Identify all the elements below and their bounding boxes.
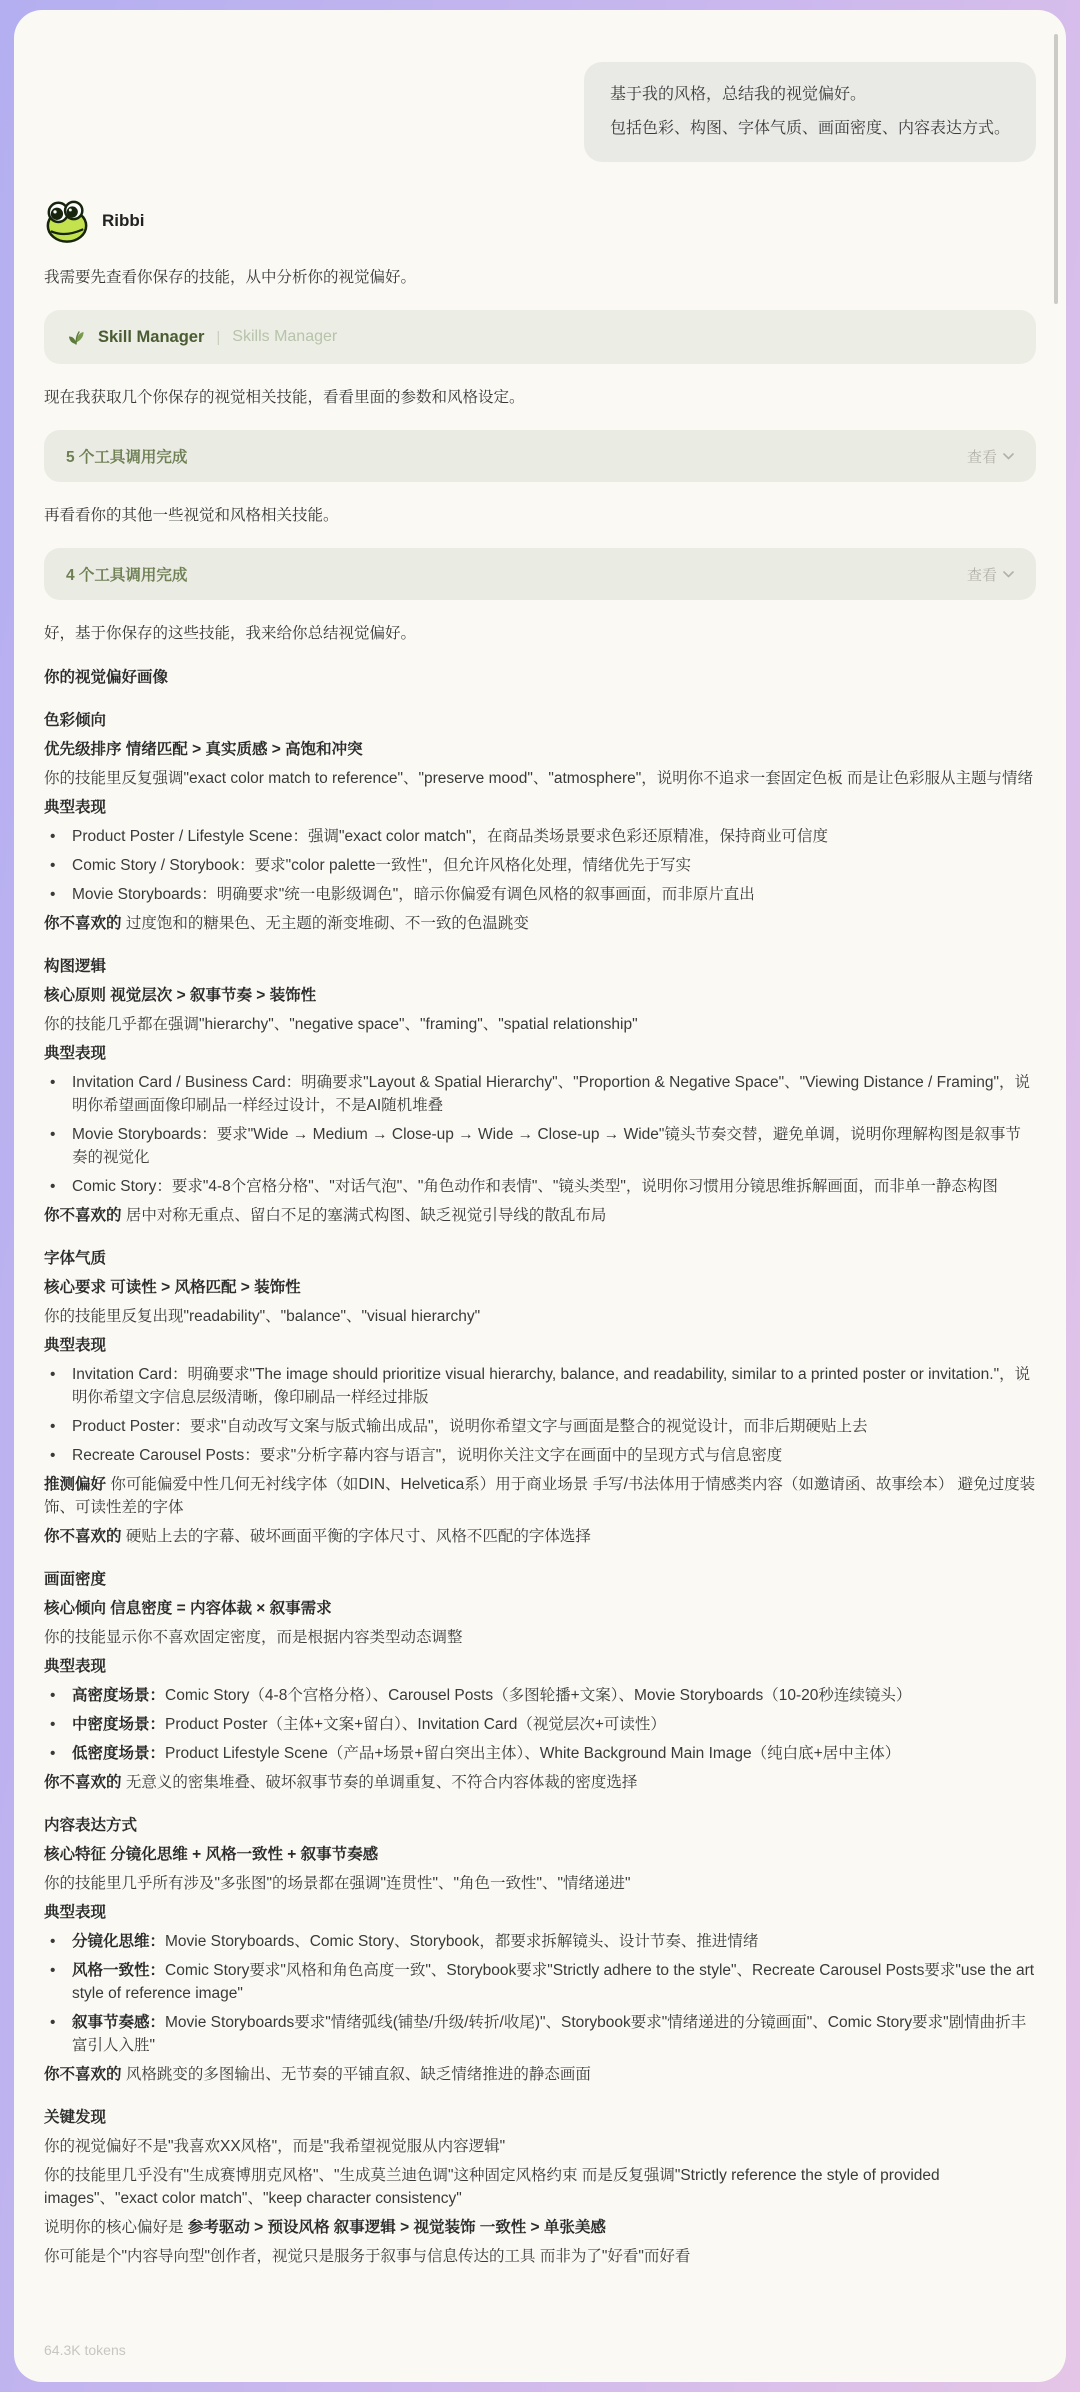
bullet-item: •Comic Story：要求"4-8个宫格分格"、"对话气泡"、"角色动作和表… [44, 1175, 1036, 1198]
block-text: 低密度场景：Product Lifestyle Scene（产品+场景+留白突出… [72, 1742, 1036, 1765]
paragraph: 典型表现 [44, 1334, 1036, 1357]
block-text: 你不喜欢的 居中对称无重点、留白不足的塞满式构图、缺乏视觉引导线的散乱布局 [44, 1207, 606, 1224]
bullet-icon: • [50, 1742, 62, 1765]
block-text: 你不喜欢的 无意义的密集堆叠、破坏叙事节奏的单调重复、不符合内容体裁的密度选择 [44, 1774, 637, 1791]
block-text: 你不喜欢的 硬贴上去的字幕、破坏画面平衡的字体尺寸、风格不匹配的字体选择 [44, 1528, 591, 1545]
bullet-icon: • [50, 883, 62, 906]
section-heading: 内容表达方式 [44, 1814, 1036, 1837]
user-message-bubble: 基于我的风格，总结我的视觉偏好。 包括色彩、构图、字体气质、画面密度、内容表达方… [584, 62, 1036, 162]
bullet-item: •分镜化思维：Movie Storyboards、Comic Story、Sto… [44, 1930, 1036, 1953]
block-text: Invitation Card：明确要求"The image should pr… [72, 1363, 1036, 1409]
block-text: Comic Story / Storybook：要求"color palette… [72, 854, 1036, 877]
assistant-name: Ribbi [102, 211, 145, 231]
block-text: Product Poster：要求"自动改写文案与版式输出成品"，说明你希望文字… [72, 1415, 1036, 1438]
bullet-item: •Movie Storyboards：明确要求"统一电影级调色"，暗示你偏爱有调… [44, 883, 1036, 906]
block-text: Movie Storyboards：明确要求"统一电影级调色"，暗示你偏爱有调色… [72, 883, 1036, 906]
block-text: 核心倾向 信息密度 = 内容体裁 × 叙事需求 [44, 1600, 332, 1617]
block-text: 说明你的核心偏好是 参考驱动 > 预设风格 叙事逻辑 > 视觉装饰 一致性 > … [44, 2219, 606, 2236]
paragraph: 你不喜欢的 硬贴上去的字幕、破坏画面平衡的字体尺寸、风格不匹配的字体选择 [44, 1525, 1036, 1548]
chevron-down-icon [1003, 571, 1014, 578]
paragraph: 你的技能里几乎所有涉及"多张图"的场景都在强调"连贯性"、"角色一致性"、"情绪… [44, 1872, 1036, 1895]
block-text: 你不喜欢的 风格跳变的多图输出、无节奏的平铺直叙、缺乏情绪推进的静态画面 [44, 2066, 591, 2083]
paragraph: 典型表现 [44, 1901, 1036, 1924]
assistant-header: Ribbi [44, 198, 1036, 244]
bullet-icon: • [50, 1123, 62, 1169]
user-message-row: 基于我的风格，总结我的视觉偏好。 包括色彩、构图、字体气质、画面密度、内容表达方… [44, 62, 1036, 162]
section-heading: 色彩倾向 [44, 709, 1036, 732]
skill-card-divider: | [216, 329, 220, 346]
paragraph: 核心倾向 信息密度 = 内容体裁 × 叙事需求 [44, 1597, 1036, 1620]
tool-call-summary-2[interactable]: 4 个工具调用完成 查看 [44, 548, 1036, 600]
bullet-item: •Invitation Card / Business Card：明确要求"La… [44, 1071, 1036, 1117]
paragraph: 你的技能显示你不喜欢固定密度，而是根据内容类型动态调整 [44, 1626, 1036, 1649]
block-text: 典型表现 [44, 1337, 106, 1354]
assistant-paragraph: 再看看你的其他一些视觉和风格相关技能。 [44, 504, 1036, 528]
paragraph: 你的技能几乎都在强调"hierarchy"、"negative space"、"… [44, 1013, 1036, 1036]
bullet-item: •Movie Storyboards：要求"Wide → Medium → Cl… [44, 1123, 1036, 1169]
bullet-item: •高密度场景：Comic Story（4-8个宫格分格）、Carousel Po… [44, 1684, 1036, 1707]
block-text: 你的视觉偏好画像 [44, 669, 168, 686]
scrollbar-thumb[interactable] [1054, 34, 1058, 304]
skill-card-title: Skill Manager [98, 328, 204, 347]
paragraph: 推测偏好 你可能偏爱中性几何无衬线字体（如DIN、Helvetica系）用于商业… [44, 1473, 1036, 1519]
user-message-line-2: 包括色彩、构图、字体气质、画面密度、内容表达方式。 [610, 112, 1010, 146]
block-text: 高密度场景：Comic Story（4-8个宫格分格）、Carousel Pos… [72, 1684, 1036, 1707]
block-text: 关键发现 [44, 2109, 106, 2126]
block-text: 风格一致性：Comic Story要求"风格和角色高度一致"、Storybook… [72, 1959, 1036, 2005]
chevron-down-icon [1003, 453, 1014, 460]
bullet-icon: • [50, 1444, 62, 1467]
bullet-icon: • [50, 1959, 62, 2005]
block-text: 你的技能里反复强调"exact color match to reference… [44, 770, 1033, 787]
block-text: Invitation Card / Business Card：明确要求"Lay… [72, 1071, 1036, 1117]
bullet-icon: • [50, 1363, 62, 1409]
paragraph: 典型表现 [44, 1655, 1036, 1678]
skill-manager-card[interactable]: Skill Manager | Skills Manager [44, 310, 1036, 364]
block-text: Comic Story：要求"4-8个宫格分格"、"对话气泡"、"角色动作和表情… [72, 1175, 1036, 1198]
bullet-icon: • [50, 1175, 62, 1198]
paragraph: 你的技能里几乎没有"生成赛博朋克风格"、"生成莫兰迪色调"这种固定风格约束 而是… [44, 2164, 1036, 2210]
paragraph: 你不喜欢的 居中对称无重点、留白不足的塞满式构图、缺乏视觉引导线的散乱布局 [44, 1204, 1036, 1227]
paragraph: 说明你的核心偏好是 参考驱动 > 预设风格 叙事逻辑 > 视觉装饰 一致性 > … [44, 2216, 1036, 2239]
view-tool-calls-button[interactable]: 查看 [967, 446, 1014, 467]
ribbi-frog-avatar-icon [44, 198, 90, 244]
block-text: 推测偏好 你可能偏爱中性几何无衬线字体（如DIN、Helvetica系）用于商业… [44, 1476, 1035, 1516]
section-heading: 字体气质 [44, 1247, 1036, 1270]
block-text: 色彩倾向 [44, 712, 106, 729]
block-text: 中密度场景：Product Poster（主体+文案+留白）、Invitatio… [72, 1713, 1036, 1736]
section-heading: 你的视觉偏好画像 [44, 666, 1036, 689]
block-text: 内容表达方式 [44, 1817, 137, 1834]
chat-card: 基于我的风格，总结我的视觉偏好。 包括色彩、构图、字体气质、画面密度、内容表达方… [14, 10, 1066, 2382]
paragraph: 典型表现 [44, 1042, 1036, 1065]
bullet-item: •叙事节奏感：Movie Storyboards要求"情绪弧线(铺垫/升级/转折… [44, 2011, 1036, 2057]
block-text: 典型表现 [44, 799, 106, 816]
bullet-icon: • [50, 1415, 62, 1438]
block-text: 你的技能显示你不喜欢固定密度，而是根据内容类型动态调整 [44, 1629, 463, 1646]
bullet-icon: • [50, 1684, 62, 1707]
skill-sprout-icon [66, 327, 86, 347]
block-text: Product Poster / Lifestyle Scene：强调"exac… [72, 825, 1036, 848]
paragraph: 你可能是个"内容导向型"创作者，视觉只是服务于叙事与信息传达的工具 而非为了"好… [44, 2245, 1036, 2268]
bullet-item: •低密度场景：Product Lifestyle Scene（产品+场景+留白突… [44, 1742, 1036, 1765]
assistant-paragraph: 现在我获取几个你保存的视觉相关技能，看看里面的参数和风格设定。 [44, 386, 1036, 410]
block-text: 字体气质 [44, 1250, 106, 1267]
tool-call-summary-1[interactable]: 5 个工具调用完成 查看 [44, 430, 1036, 482]
bullet-icon: • [50, 1071, 62, 1117]
block-text: 构图逻辑 [44, 958, 106, 975]
paragraph: 你不喜欢的 无意义的密集堆叠、破坏叙事节奏的单调重复、不符合内容体裁的密度选择 [44, 1771, 1036, 1794]
bullet-item: •Recreate Carousel Posts：要求"分析字幕内容与语言"，说… [44, 1444, 1036, 1467]
section-heading: 构图逻辑 [44, 955, 1036, 978]
block-text: Movie Storyboards：要求"Wide → Medium → Clo… [72, 1123, 1036, 1169]
block-text: 典型表现 [44, 1904, 106, 1921]
bullet-icon: • [50, 854, 62, 877]
view-label: 查看 [967, 564, 997, 585]
token-count: 64.3K tokens [44, 2342, 126, 2358]
paragraph: 优先级排序 情绪匹配 > 真实质感 > 高饱和冲突 [44, 738, 1036, 761]
tool-call-count-label: 5 个工具调用完成 [66, 445, 187, 467]
block-text: 优先级排序 情绪匹配 > 真实质感 > 高饱和冲突 [44, 741, 363, 758]
bullet-icon: • [50, 2011, 62, 2057]
bullet-icon: • [50, 825, 62, 848]
section-heading: 关键发现 [44, 2106, 1036, 2129]
bullet-item: •Product Poster / Lifestyle Scene：强调"exa… [44, 825, 1036, 848]
message-blocks: 你的视觉偏好画像色彩倾向优先级排序 情绪匹配 > 真实质感 > 高饱和冲突你的技… [44, 666, 1036, 2268]
block-text: 核心原则 视觉层次 > 叙事节奏 > 装饰性 [44, 987, 316, 1004]
tool-call-count-label: 4 个工具调用完成 [66, 563, 187, 585]
block-text: 你的技能里几乎所有涉及"多张图"的场景都在强调"连贯性"、"角色一致性"、"情绪… [44, 1875, 631, 1892]
block-text: 你的视觉偏好不是"我喜欢XX风格"，而是"我希望视觉服从内容逻辑" [44, 2138, 505, 2155]
block-text: 你可能是个"内容导向型"创作者，视觉只是服务于叙事与信息传达的工具 而非为了"好… [44, 2248, 690, 2265]
paragraph: 核心原则 视觉层次 > 叙事节奏 > 装饰性 [44, 984, 1036, 1007]
skill-card-subtitle: Skills Manager [232, 328, 337, 346]
paragraph: 你的技能里反复出现"readability"、"balance"、"visual… [44, 1305, 1036, 1328]
bullet-item: •风格一致性：Comic Story要求"风格和角色高度一致"、Storyboo… [44, 1959, 1036, 2005]
assistant-paragraph: 好，基于你保存的这些技能，我来给你总结视觉偏好。 [44, 622, 1036, 646]
paragraph: 你的技能里反复强调"exact color match to reference… [44, 767, 1036, 790]
block-text: 你不喜欢的 过度饱和的糖果色、无主题的渐变堆砌、不一致的色温跳变 [44, 915, 529, 932]
block-text: 典型表现 [44, 1658, 106, 1675]
view-tool-calls-button[interactable]: 查看 [967, 564, 1014, 585]
paragraph: 你不喜欢的 风格跳变的多图输出、无节奏的平铺直叙、缺乏情绪推进的静态画面 [44, 2063, 1036, 2086]
block-text: 核心要求 可读性 > 风格匹配 > 装饰性 [44, 1279, 301, 1296]
assistant-paragraph: 我需要先查看你保存的技能，从中分析你的视觉偏好。 [44, 266, 1036, 290]
block-text: 分镜化思维：Movie Storyboards、Comic Story、Stor… [72, 1930, 1036, 1953]
bullet-icon: • [50, 1713, 62, 1736]
section-heading: 画面密度 [44, 1568, 1036, 1591]
bullet-item: •中密度场景：Product Poster（主体+文案+留白）、Invitati… [44, 1713, 1036, 1736]
gradient-frame: 基于我的风格，总结我的视觉偏好。 包括色彩、构图、字体气质、画面密度、内容表达方… [0, 0, 1080, 2392]
paragraph: 你不喜欢的 过度饱和的糖果色、无主题的渐变堆砌、不一致的色温跳变 [44, 912, 1036, 935]
block-text: 画面密度 [44, 1571, 106, 1588]
block-text: 你的技能里反复出现"readability"、"balance"、"visual… [44, 1308, 480, 1325]
paragraph: 你的视觉偏好不是"我喜欢XX风格"，而是"我希望视觉服从内容逻辑" [44, 2135, 1036, 2158]
user-message-line-1: 基于我的风格，总结我的视觉偏好。 [610, 78, 1010, 112]
block-text: 核心特征 分镜化思维 + 风格一致性 + 叙事节奏感 [44, 1846, 378, 1863]
bullet-item: •Product Poster：要求"自动改写文案与版式输出成品"，说明你希望文… [44, 1415, 1036, 1438]
block-text: 叙事节奏感：Movie Storyboards要求"情绪弧线(铺垫/升级/转折/… [72, 2011, 1036, 2057]
bullet-item: •Comic Story / Storybook：要求"color palett… [44, 854, 1036, 877]
paragraph: 典型表现 [44, 796, 1036, 819]
block-text: Recreate Carousel Posts：要求"分析字幕内容与语言"，说明… [72, 1444, 1036, 1467]
paragraph: 核心要求 可读性 > 风格匹配 > 装饰性 [44, 1276, 1036, 1299]
view-label: 查看 [967, 446, 997, 467]
block-text: 典型表现 [44, 1045, 106, 1062]
bullet-icon: • [50, 1930, 62, 1953]
bullet-item: •Invitation Card：明确要求"The image should p… [44, 1363, 1036, 1409]
block-text: 你的技能几乎都在强调"hierarchy"、"negative space"、"… [44, 1016, 638, 1033]
paragraph: 核心特征 分镜化思维 + 风格一致性 + 叙事节奏感 [44, 1843, 1036, 1866]
block-text: 你的技能里几乎没有"生成赛博朋克风格"、"生成莫兰迪色调"这种固定风格约束 而是… [44, 2167, 940, 2207]
